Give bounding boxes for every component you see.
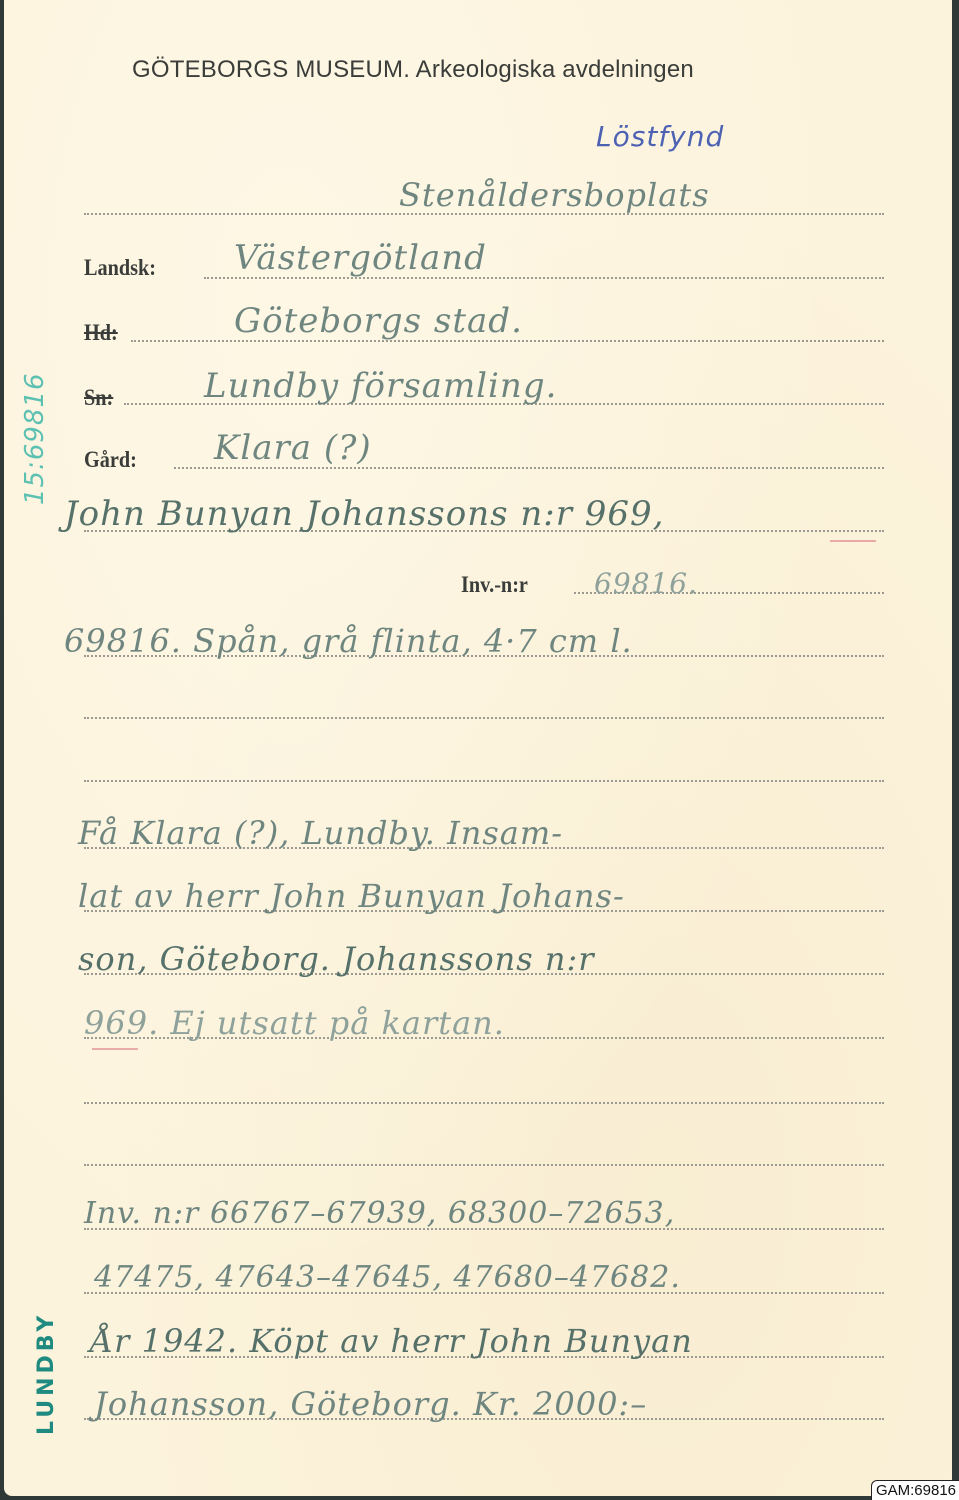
- dotted-line: [84, 780, 884, 782]
- red-underline: [830, 540, 876, 542]
- dotted-line: [84, 1164, 884, 1166]
- side-inventory-number: 15:69816: [20, 372, 50, 505]
- gard-label: Gård:: [84, 447, 137, 473]
- hd-value: Göteborgs stad.: [234, 301, 523, 341]
- catalog-card: GÖTEBORGS MUSEUM. Arkeologiska avdelning…: [4, 0, 952, 1496]
- owner-line: John Bunyan Johanssons n:r 969,: [64, 494, 664, 534]
- notes-line-4: 969. Ej utsatt på kartan.: [84, 1004, 505, 1042]
- site-type-value: Stenåldersboplats: [399, 176, 710, 214]
- catalog-id-badge: GAM:69816: [871, 1480, 959, 1500]
- notes-line-2: lat av herr John Bunyan Johans-: [78, 877, 625, 915]
- inv-label: Inv.-n:r: [461, 572, 528, 598]
- notes-line-1: Få Klara (?), Lundby. Insam-: [78, 814, 563, 852]
- sn-label: Sn:: [84, 385, 113, 411]
- dotted-line: [84, 717, 884, 719]
- inv-value: 69816.: [594, 567, 698, 600]
- landsk-value: Västergötland: [234, 238, 487, 278]
- dotted-line: [84, 1102, 884, 1104]
- acquisition-line-1: Inv. n:r 66767–67939, 68300–72653,: [84, 1196, 675, 1231]
- hd-label: Hd:: [84, 320, 118, 346]
- landsk-label: Landsk:: [84, 255, 156, 281]
- description-line: 69816. Spån, grå flinta, 4·7 cm l.: [64, 622, 633, 660]
- gard-value: Klara (?): [214, 428, 372, 468]
- acquisition-line-4: Johansson, Göteborg. Kr. 2000:–: [94, 1385, 647, 1423]
- sn-value: Lundby församling.: [204, 366, 557, 406]
- red-underline: [92, 1048, 138, 1050]
- acquisition-line-2: 47475, 47643–47645, 47680–47682.: [94, 1260, 681, 1295]
- acquisition-line-3: År 1942. Köpt av herr John Bunyan: [90, 1322, 693, 1360]
- side-stamp-lundby: LUNDBY: [34, 1312, 59, 1435]
- museum-header: GÖTEBORGS MUSEUM. Arkeologiska avdelning…: [132, 56, 694, 84]
- notes-line-3: son, Göteborg. Johanssons n:r: [78, 940, 595, 978]
- annotation-lostfynd: Löstfynd: [596, 120, 724, 153]
